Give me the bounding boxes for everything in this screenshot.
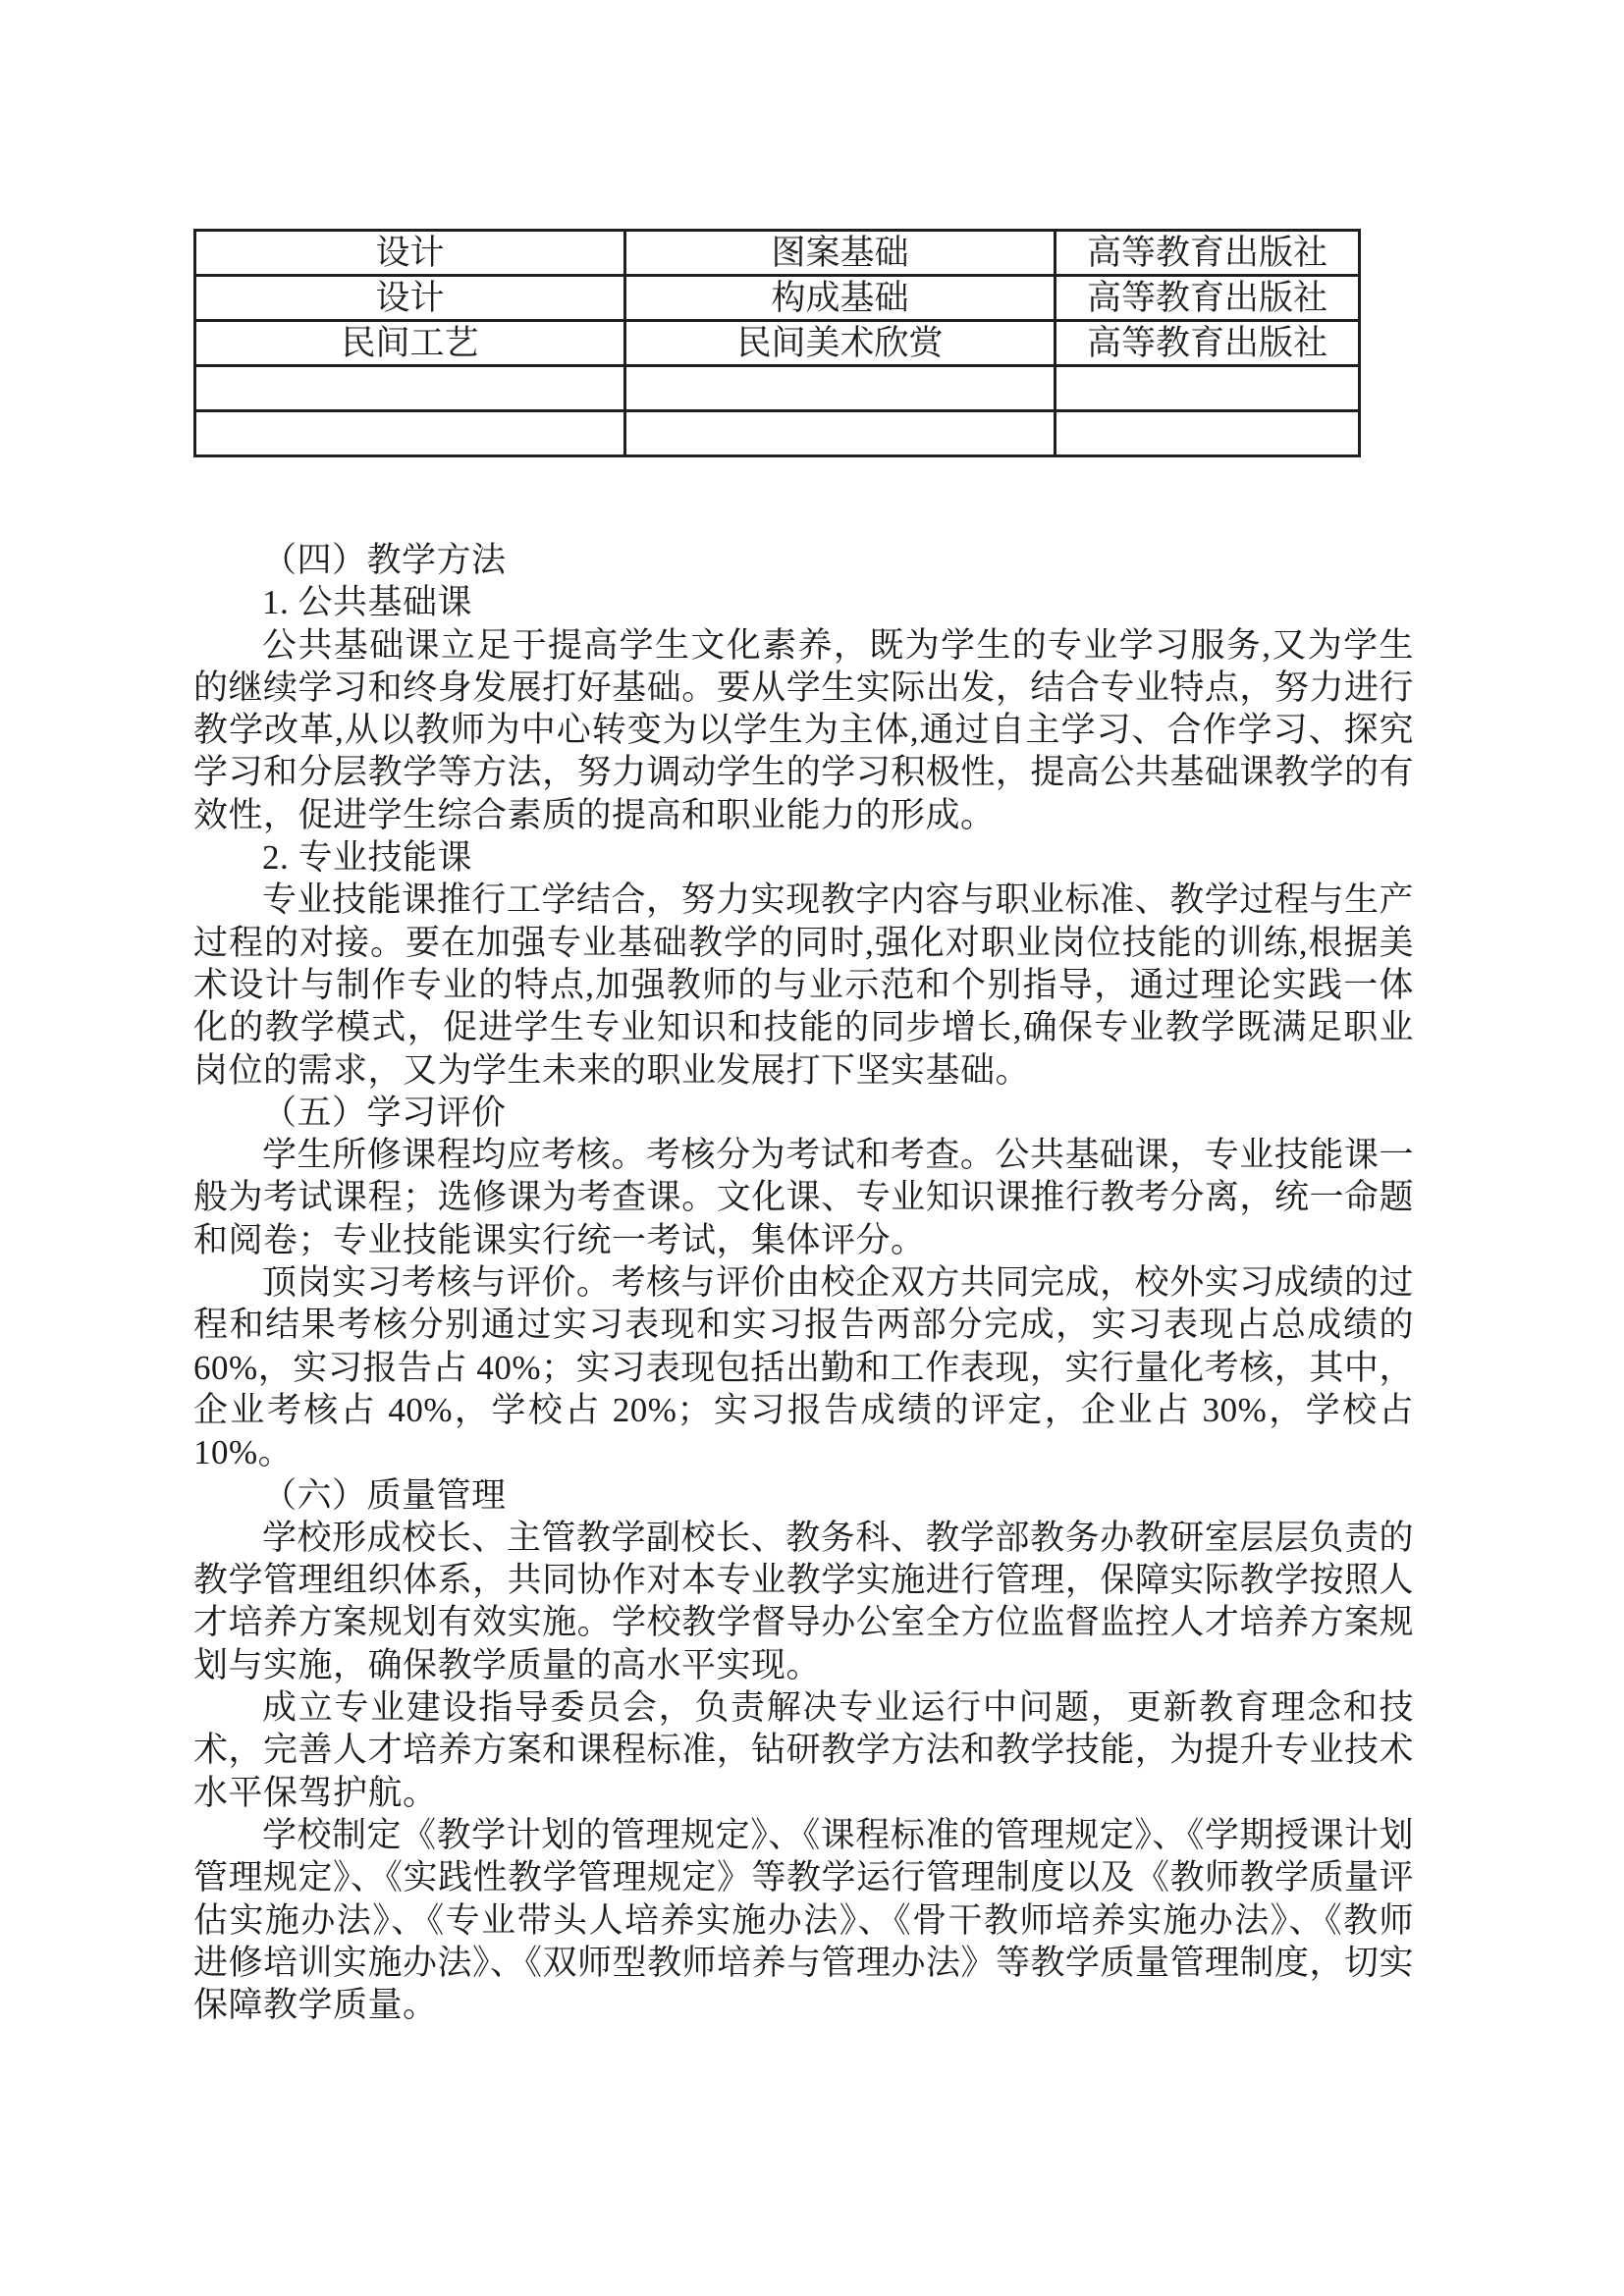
section-heading: （六）质量管理 <box>193 1474 1414 1517</box>
section-heading: （四）教学方法 <box>193 539 1414 581</box>
table-cell <box>195 411 625 456</box>
table-cell: 高等教育出版社 <box>1056 231 1360 276</box>
table-cell: 设计 <box>195 276 625 321</box>
table-cell <box>625 366 1056 411</box>
document-page: 设计 图案基础 高等教育出版社 设计 构成基础 高等教育出版社 民间工艺 民间美… <box>0 0 1624 2296</box>
paragraph: 公共基础课立足于提高学生文化素养，既为学生的专业学习服务,又为学生的继续学习和终… <box>193 624 1414 836</box>
list-item: 1. 公共基础课 <box>193 581 1414 623</box>
paragraph: 成立专业建设指导委员会，负责解决专业运行中问题，更新教育理念和技术，完善人才培养… <box>193 1686 1414 1814</box>
table-cell: 高等教育出版社 <box>1056 321 1360 366</box>
table-row: 设计 图案基础 高等教育出版社 <box>195 231 1360 276</box>
table-row <box>195 411 1360 456</box>
table-cell <box>1056 366 1360 411</box>
table-row <box>195 366 1360 411</box>
textbook-table: 设计 图案基础 高等教育出版社 设计 构成基础 高等教育出版社 民间工艺 民间美… <box>193 229 1361 457</box>
paragraph: 学校形成校长、主管教学副校长、教务科、教学部教务办教研室层层负责的教学管理组织体… <box>193 1517 1414 1686</box>
table-cell: 民间美术欣赏 <box>625 321 1056 366</box>
table-cell: 构成基础 <box>625 276 1056 321</box>
table-row: 民间工艺 民间美术欣赏 高等教育出版社 <box>195 321 1360 366</box>
document-body: （四）教学方法 1. 公共基础课 公共基础课立足于提高学生文化素养，既为学生的专… <box>193 539 1414 2026</box>
paragraph: 学校制定《教学计划的管理规定》、《课程标准的管理规定》、《学期授课计划管理规定》… <box>193 1814 1414 2026</box>
table-cell: 民间工艺 <box>195 321 625 366</box>
list-item: 2. 专业技能课 <box>193 836 1414 879</box>
section-heading: （五）学习评价 <box>193 1092 1414 1134</box>
table-cell <box>195 366 625 411</box>
table-row: 设计 构成基础 高等教育出版社 <box>195 276 1360 321</box>
paragraph: 顶岗实习考核与评价。考核与评价由校企双方共同完成，校外实习成绩的过程和结果考核分… <box>193 1261 1414 1473</box>
table-cell: 图案基础 <box>625 231 1056 276</box>
table-cell <box>625 411 1056 456</box>
paragraph: 学生所修课程均应考核。考核分为考试和考查。公共基础课，专业技能课一般为考试课程；… <box>193 1134 1414 1261</box>
paragraph: 专业技能课推行工学结合，努力实现教字内容与职业标准、教学过程与生产过程的对接。要… <box>193 879 1414 1091</box>
table-cell <box>1056 411 1360 456</box>
table-cell: 高等教育出版社 <box>1056 276 1360 321</box>
table-cell: 设计 <box>195 231 625 276</box>
